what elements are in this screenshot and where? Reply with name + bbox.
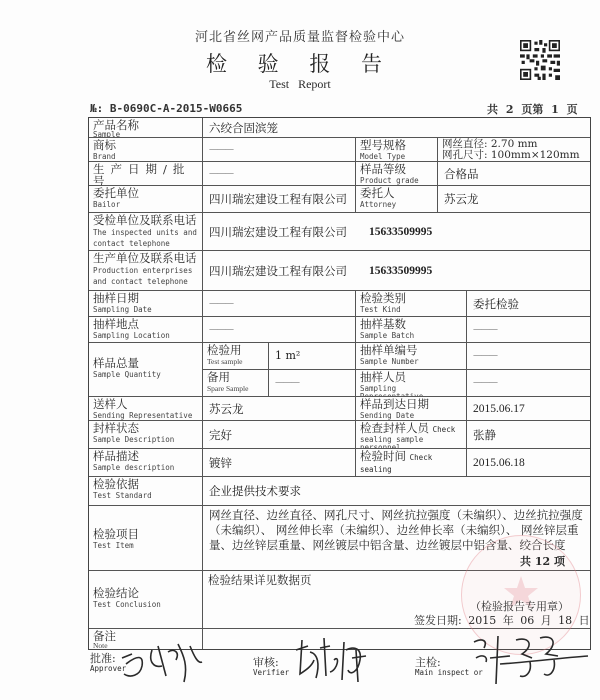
label-cn: 检验用 [207, 344, 264, 356]
company-name: 四川瑞宏建设工程有限公司 [209, 224, 347, 240]
qr-code-icon [520, 40, 560, 80]
value-test-kind: 委托检验 [466, 290, 591, 316]
value-seal-checker: 张静 [466, 420, 591, 448]
label-en: Test Item [93, 542, 198, 550]
label-sample-number: 抽样单编号 Sample Number [355, 342, 466, 369]
label-cn: 生产日期/批号 [93, 163, 198, 185]
label-model: 型号规格 Model Type [355, 137, 437, 161]
label-cn: 商标 [93, 139, 198, 151]
label-en: Sampling Representative [360, 385, 462, 396]
label-production-enterprise: 生产单位及联系电话 Production enterprises and con… [88, 250, 202, 290]
report-title-cn: 检 验 报 告 [0, 48, 600, 78]
label-en: Test Kind [360, 306, 462, 314]
label-en: sealing sample personnel [360, 436, 462, 448]
label-cn: 检验依据 [93, 478, 198, 490]
label-en: Sample Description [93, 436, 198, 444]
verifier-label: 审核: Verifier [253, 657, 289, 677]
issue-date: 签发日期: 2015 年 06 月 18 日 [414, 612, 590, 628]
label-en: Sending Date [360, 412, 462, 420]
label-sampling-location: 抽样地点 Sampling Location [88, 316, 202, 342]
label-cn: 审核: [253, 656, 279, 669]
label-cn: 型号规格 [360, 139, 433, 151]
value-sampling-representative: ——— [466, 369, 591, 396]
label-en: Bailor [93, 201, 198, 209]
empty-dash: ——— [209, 145, 233, 155]
label-sample-description: 样品描述 Sample description [88, 448, 202, 476]
value-spare-sample: ——— [268, 369, 355, 396]
label-en: Model Type [360, 153, 433, 161]
label-test-kind: 检验类别 Test Kind [355, 290, 466, 316]
mesh-hole-size: 网孔尺寸: 100mm×120mm [442, 150, 587, 161]
document-number: №: B-0690C-A-2015-W0665 [90, 102, 242, 115]
value-sample: 六绞合固滨笼 [202, 117, 591, 137]
label-cn: 检验时间 [360, 449, 406, 463]
label-en: Sampling Date [93, 306, 198, 314]
label-cn: 样品到达日期 [360, 398, 462, 410]
empty-dash: ——— [473, 378, 497, 388]
company-name: 四川瑞宏建设工程有限公司 [209, 263, 347, 279]
empty-dash: ——— [209, 299, 233, 309]
label-test-sample: 检验用 Test sample [202, 342, 268, 369]
label-check-time: 检验时间 Check sealing sample time [355, 448, 466, 476]
report-title-en: Test Report [0, 77, 600, 92]
label-bailor: 委托单位 Bailor [88, 185, 202, 212]
label-test-conclusion: 检验结论 Test Conclusion [88, 570, 202, 628]
label-en: Test Conclusion [93, 601, 198, 609]
value-grade: 合格品 [437, 161, 591, 185]
empty-dash: ——— [209, 169, 233, 179]
label-cn: 主检: [415, 656, 441, 669]
label-cn: 受检单位及联系电话 [93, 214, 198, 226]
label-sampling-date: 抽样日期 Sampling Date [88, 290, 202, 316]
label-cn: 抽样基数 [360, 318, 462, 330]
empty-dash: ——— [473, 325, 497, 335]
label-cn: 委托单位 [93, 187, 198, 199]
label-cn: 抽样人员 [360, 371, 462, 383]
label-sample: 产品名称 Sample [88, 117, 202, 137]
label-en-inline: Check [433, 425, 456, 434]
label-en: Test sample [207, 358, 264, 366]
label-cn: 样品描述 [93, 450, 198, 462]
main-inspector-signature [470, 628, 590, 688]
verifier-signature [290, 630, 380, 690]
label-en: Brand [93, 153, 198, 161]
label-grade: 样品等级 Product grade [355, 161, 437, 185]
label-cn: 生产单位及联系电话 [93, 252, 198, 264]
label-cn: 检查封样人员 [360, 421, 429, 435]
value-check-time: 2015.06.18 [466, 448, 591, 476]
empty-dash: ——— [275, 378, 299, 388]
label-sample-batch: 抽样基数 Sample Batch [355, 316, 466, 342]
value-bailor: 四川瑞宏建设工程有限公司 [202, 185, 355, 212]
label-en: Spare Sample [207, 385, 264, 393]
label-cn: 批准: [90, 652, 116, 665]
value-test-sample: 1 m² [268, 342, 355, 369]
label-cn: 样品等级 [360, 163, 433, 175]
label-en: Sampling Location [93, 332, 198, 340]
organization-name: 河北省丝网产品质量监督检验中心 [0, 26, 600, 45]
label-cn: 样品总量 [93, 357, 198, 369]
label-cn: 抽样单编号 [360, 344, 462, 356]
value-production: ——— [202, 161, 355, 185]
label-en: Sample Batch [360, 332, 462, 340]
label-en: Verifier [253, 669, 289, 677]
phone-number: 15633509995 [369, 226, 432, 238]
label-cn: 抽样日期 [93, 292, 198, 304]
label-cn: 检验项目 [93, 528, 198, 540]
label-seal-checker: 检查封样人员 Check sealing sample personnel [355, 420, 466, 448]
phone-number: 15633509995 [369, 265, 432, 277]
label-sample-quantity: 样品总量 Sample Quantity [88, 342, 202, 396]
label-seal-state: 封样状态 Sample Description [88, 420, 202, 448]
value-attorney: 苏云龙 [437, 185, 591, 212]
empty-dash: ——— [473, 351, 497, 361]
empty-dash: ——— [209, 325, 233, 335]
label-spare-sample: 备用 Spare Sample [202, 369, 268, 396]
value-sending-representative: 苏云龙 [202, 396, 355, 420]
label-sending-representative: 送样人 Sending Representative [88, 396, 202, 420]
value-production-enterprise: 四川瑞宏建设工程有限公司 15633509995 [202, 250, 591, 290]
label-en: Sample description [93, 464, 198, 472]
value-brand: ——— [202, 137, 355, 161]
label-en: Test Standard [93, 492, 198, 500]
label-cn: 检验类别 [360, 292, 462, 304]
label-inspected-unit: 受检单位及联系电话 The inspected units and contac… [88, 212, 202, 250]
conclusion-text: 检验结果详见数据页 [208, 572, 312, 588]
value-model: 网丝直径: 2.70 mm 网孔尺寸: 100mm×120mm [437, 137, 591, 161]
label-test-item: 检验项目 Test Item [88, 505, 202, 570]
label-en: Production enterprises and contact telep… [93, 266, 198, 288]
label-cn: 封样状态 [93, 422, 198, 434]
value-inspected-unit: 四川瑞宏建设工程有限公司 15633509995 [202, 212, 591, 250]
label-en: The inspected units and contact telephon… [93, 228, 198, 250]
value-sample-number: ——— [466, 342, 591, 369]
label-en: Sending Representative [93, 412, 198, 420]
label-production: 生产日期/批号 Production date / batch [88, 161, 202, 185]
label-cn: 备用 [207, 371, 264, 383]
label-attorney: 委托人 Attorney [355, 185, 437, 212]
label-en: Sample Quantity [93, 371, 198, 379]
page-indicator: 共 2 页第 1 页 [487, 101, 578, 117]
label-sending-date: 样品到达日期 Sending Date [355, 396, 466, 420]
label-test-standard: 检验依据 Test Standard [88, 476, 202, 505]
value-sending-date: 2015.06.17 [466, 396, 591, 420]
value-sampling-location: ——— [202, 316, 355, 342]
approver-signature [118, 636, 208, 686]
label-cn: 委托人 [360, 187, 433, 199]
label-cn: 抽样地点 [93, 318, 198, 330]
value-test-standard: 企业提供技术要求 [202, 476, 591, 505]
value-sample-batch: ——— [466, 316, 591, 342]
label-sampling-representative: 抽样人员 Sampling Representative [355, 369, 466, 396]
value-sampling-date: ——— [202, 290, 355, 316]
label-en: Product grade [360, 177, 433, 185]
label-en: Attorney [360, 201, 433, 209]
value-seal-state: 完好 [202, 420, 355, 448]
label-cn: 送样人 [93, 398, 198, 410]
label-en: Sample Number [360, 358, 462, 366]
value-sample-description: 镀锌 [202, 448, 355, 476]
label-cn: 检验结论 [93, 587, 198, 599]
items-count: 共 12 项 [520, 553, 565, 569]
label-brand: 商标 Brand [88, 137, 202, 161]
